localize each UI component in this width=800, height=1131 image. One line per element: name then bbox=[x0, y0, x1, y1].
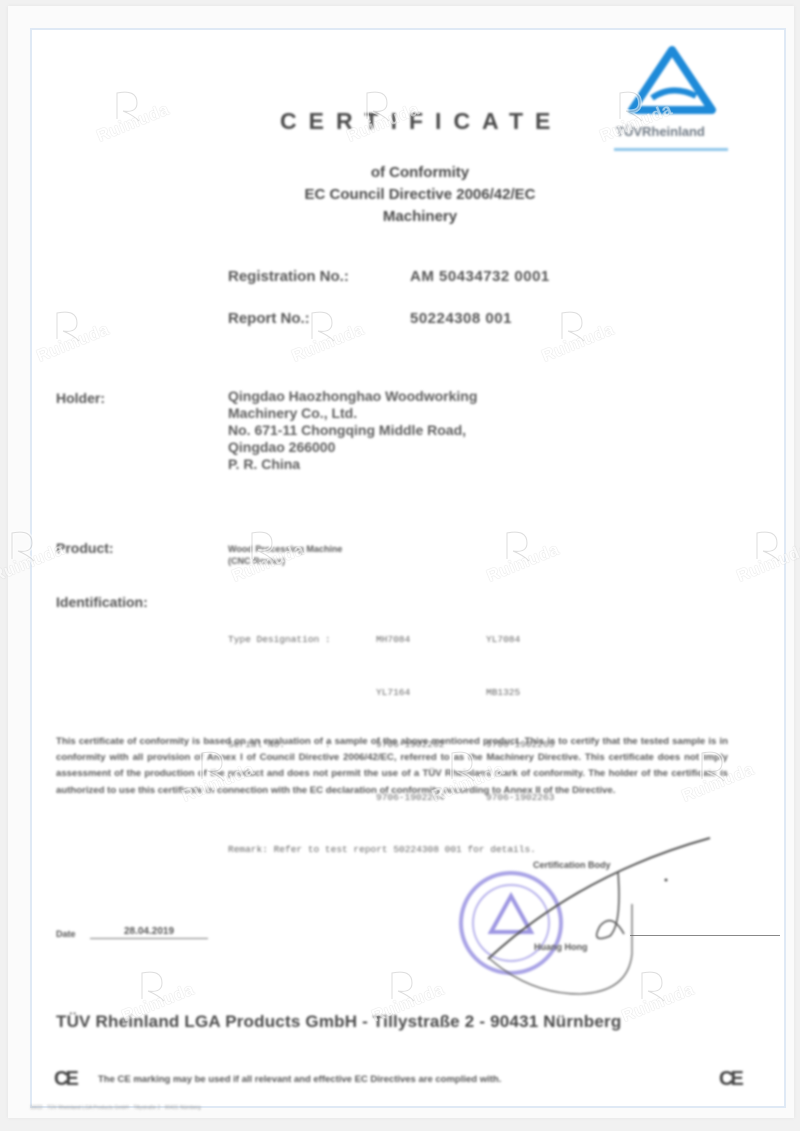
signature-icon bbox=[460, 834, 760, 1004]
subtitle-line: EC Council Directive 2006/42/EC bbox=[230, 184, 610, 206]
tuv-logo: TÜVRheinland bbox=[612, 44, 732, 154]
report-value: 50224308 001 bbox=[410, 310, 512, 327]
product-line: (CNC Router) bbox=[228, 555, 342, 567]
holder-line: Qingdao Haozhonghao Woodworking bbox=[228, 388, 477, 405]
holder-line: Machinery Co., Ltd. bbox=[228, 405, 477, 422]
certificate-subtitle: of Conformity EC Council Directive 2006/… bbox=[230, 162, 610, 228]
ident-row: Type Designation : MH7084 YL7084 bbox=[228, 631, 554, 649]
type-value: MH7084 bbox=[376, 631, 486, 649]
ce-statement: The CE marking may be used if all releva… bbox=[98, 1074, 501, 1085]
ident-row: YL7164 MB1325 bbox=[228, 684, 554, 702]
registration-value: AM 50434732 0001 bbox=[410, 268, 550, 285]
holder-address: Qingdao Haozhonghao Woodworking Machiner… bbox=[228, 388, 477, 473]
date-label: Date bbox=[56, 929, 76, 939]
type-designation-key: Type Designation : bbox=[228, 631, 376, 649]
holder-label: Holder: bbox=[56, 390, 105, 406]
ce-mark-icon: CE bbox=[719, 1068, 741, 1091]
tuv-logo-text: TÜVRheinland bbox=[616, 124, 705, 139]
product-line: Wood Processing Machine bbox=[228, 543, 342, 555]
product-name: Wood Processing Machine (CNC Router) bbox=[228, 543, 342, 567]
ce-mark-icon: CE bbox=[54, 1068, 76, 1091]
tuv-logo-rule bbox=[614, 148, 728, 151]
subtitle-line: Machinery bbox=[230, 206, 610, 228]
holder-line: P. R. China bbox=[228, 456, 477, 473]
certificate-title: CERTIFICATE bbox=[280, 108, 562, 135]
report-label: Report No.: bbox=[228, 310, 310, 327]
type-value: YL7164 bbox=[376, 684, 486, 702]
identification-label: Identification: bbox=[56, 594, 148, 610]
product-label: Product: bbox=[56, 540, 114, 556]
registration-label: Registration No.: bbox=[228, 268, 349, 285]
issuer-address: TÜV Rheinland LGA Products GmbH - Tillys… bbox=[56, 1012, 621, 1032]
conformity-statement: This certificate of conformity is based … bbox=[56, 734, 728, 799]
date-value: 28.04.2019 bbox=[90, 926, 208, 939]
type-value: YL7084 bbox=[486, 631, 520, 649]
small-print: 10/22 · TÜV Rheinland LGA Products GmbH … bbox=[30, 1105, 201, 1111]
type-value: MB1325 bbox=[486, 684, 520, 702]
holder-line: No. 671-11 Chongqing Middle Road, bbox=[228, 422, 477, 439]
subtitle-line: of Conformity bbox=[230, 162, 610, 184]
tuv-triangle-icon bbox=[612, 44, 732, 124]
holder-line: Qingdao 266000 bbox=[228, 439, 477, 456]
